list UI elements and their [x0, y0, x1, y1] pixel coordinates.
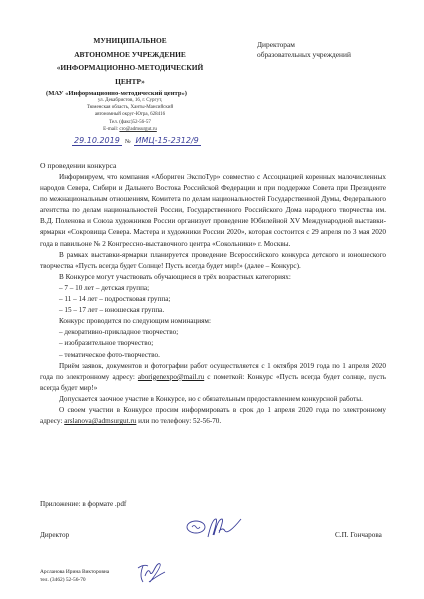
org-line: «ИНФОРМАЦИОННО-МЕТОДИЧЕСКИЙ [40, 61, 220, 75]
attachment-note: Приложение: в формате .pdf [40, 500, 126, 508]
director-signature-icon [186, 515, 246, 541]
registration-line: 29.10.2019№ИМЦ-15-2312/9 [72, 136, 201, 145]
organization-address: ул. Декабристов, 16, г. Сургут, Тюменска… [60, 97, 200, 133]
address-line: Тел. (факс)52-56-57 [60, 119, 200, 126]
paragraph: Конкурс проводится по следующим номинаци… [40, 316, 386, 327]
age-group-item: – 15 – 17 лет – юношеская группа. [40, 305, 386, 316]
addressee-line-2: образовательных учреждений [257, 50, 351, 60]
org-line: АВТОНОМНОЕ УЧРЕЖДЕНИЕ [40, 48, 220, 62]
paragraph: Приём заявок, документов и фотографии ра… [40, 361, 386, 394]
number-sign: № [125, 139, 131, 145]
address-line: ул. Декабристов, 16, г. Сургут, [60, 97, 200, 104]
nomination-item: – декоративно-прикладное творчество; [40, 327, 386, 338]
arslanova-email-link[interactable]: arslanova@admsurgut.ru [64, 417, 136, 425]
org-line: ЦЕНТР» [40, 75, 220, 89]
email-label: E-mail: [103, 127, 119, 132]
nomination-item: – изобразительное творчество; [40, 338, 386, 349]
org-email-link[interactable]: cro@admsurgut.ru [119, 127, 156, 132]
addressee-line-1: Директорам [257, 40, 351, 50]
executor-name: Арсланова Ирина Викторовна [40, 569, 109, 577]
signer-role: Директор [40, 531, 69, 539]
executor-info: Арсланова Ирина Викторовна тел. (3462) 5… [40, 569, 109, 584]
executor-phone: тел. (3462) 52-56-70 [40, 577, 109, 585]
paragraph: В Конкурсе могут участвовать обучающиеся… [40, 272, 386, 283]
registration-number: ИМЦ-15-2312/9 [134, 136, 201, 146]
paragraph: Допускается заочное участие в Конкурсе, … [40, 394, 386, 405]
letter-body: Информируем, что компания «Абориген Эксп… [40, 172, 386, 427]
address-line: Тюменская область, Ханты-Мансийский [60, 104, 200, 111]
age-group-item: – 11 – 14 лет – подростковая группа; [40, 294, 386, 305]
age-group-item: – 7 – 10 лет – детская группа; [40, 283, 386, 294]
address-line: автономный округ-Югра, 628416 [60, 111, 200, 118]
paragraph: В рамках выставки-ярмарки планируется пр… [40, 250, 386, 272]
text: или по телефону: 52-56-70. [136, 417, 221, 425]
nomination-item: – тематическое фото-творчество. [40, 350, 386, 361]
letter-subject: О проведении конкурса [40, 161, 116, 170]
executor-signature-icon [135, 562, 167, 586]
org-line: МУНИЦИПАЛЬНОЕ [40, 34, 220, 48]
aborigenexpo-email-link[interactable]: aborigenexpo@mail.ru [138, 373, 204, 381]
signer-name: С.П. Гончарова [335, 531, 382, 539]
addressee: Директорам образовательных учреждений [257, 40, 351, 60]
paragraph: Информируем, что компания «Абориген Эксп… [40, 172, 386, 250]
paragraph: О своем участии в Конкурсе просим информ… [40, 405, 386, 427]
email-line: E-mail: cro@admsurgut.ru [60, 126, 200, 133]
registration-date: 29.10.2019 [72, 136, 122, 146]
organization-name: МУНИЦИПАЛЬНОЕ АВТОНОМНОЕ УЧРЕЖДЕНИЕ «ИНФ… [40, 34, 220, 88]
